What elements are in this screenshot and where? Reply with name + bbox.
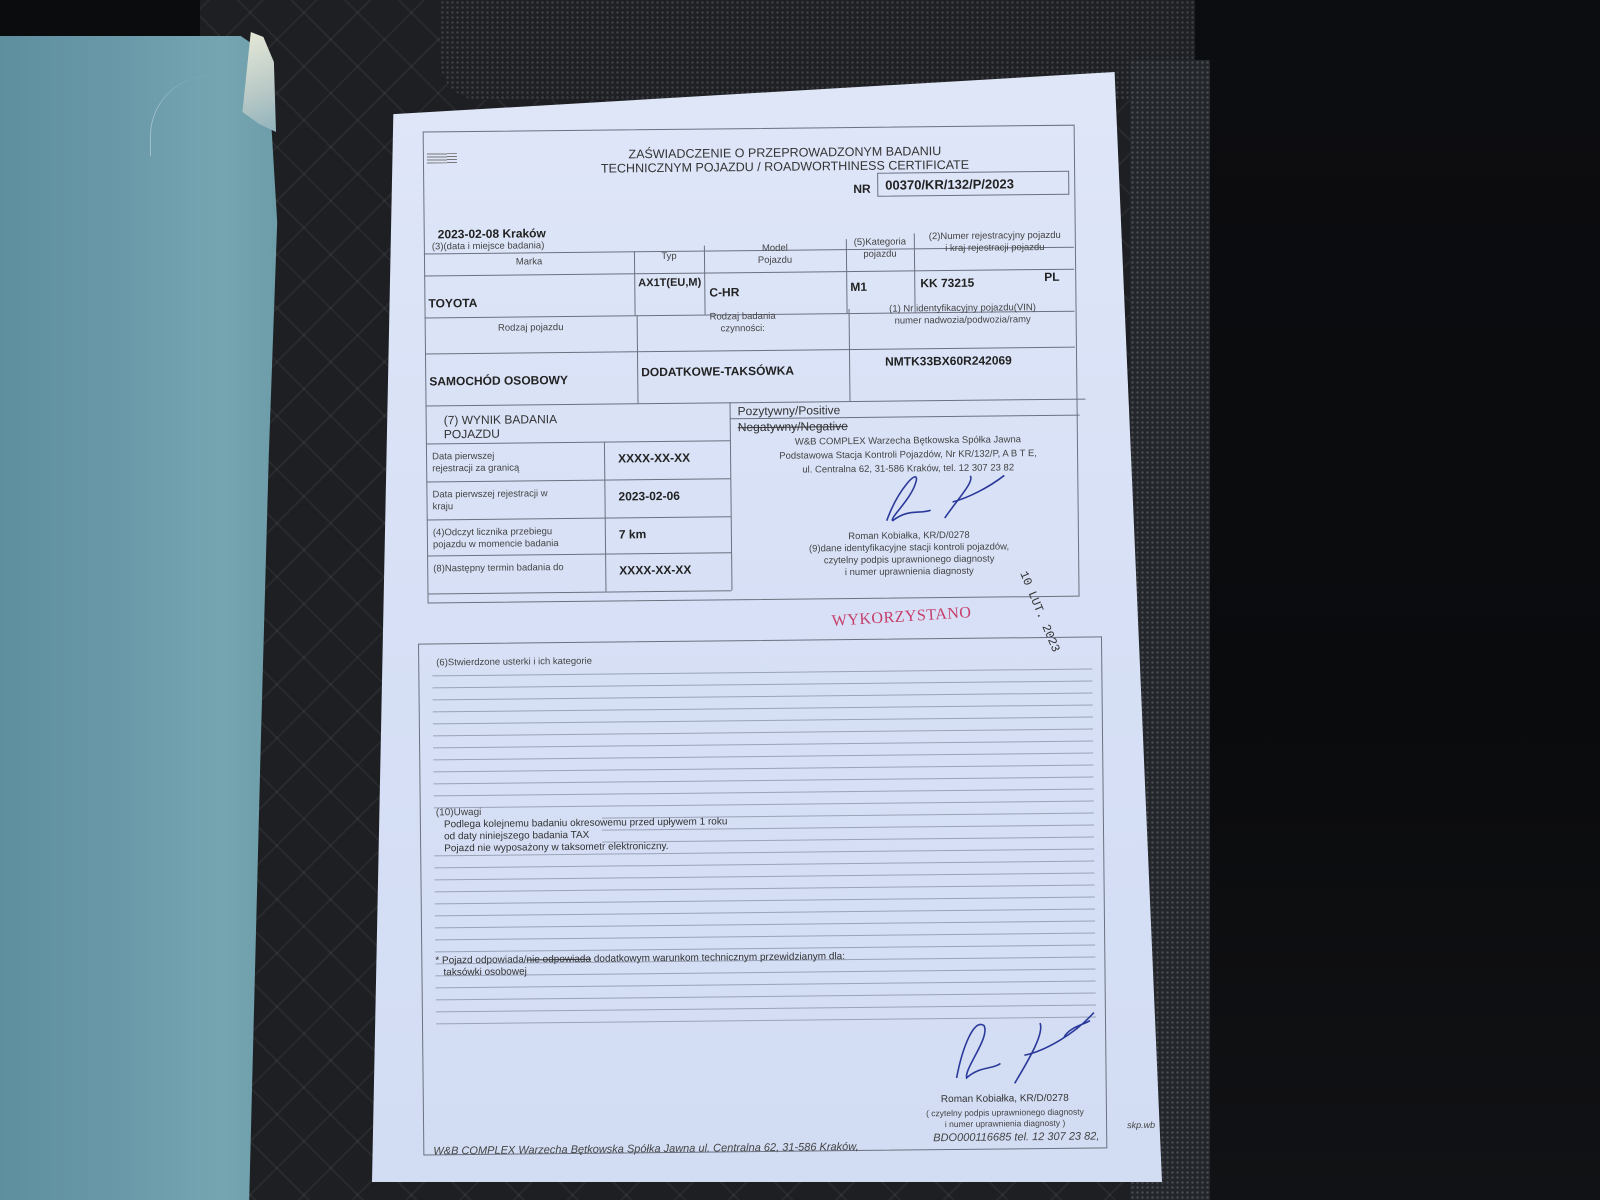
value-typ: AX1T(EU,M) [638, 277, 701, 290]
detail-value: 7 km [619, 527, 647, 541]
signature-caption: ( czytelny podpis uprawnionego diagnosty… [885, 1106, 1125, 1131]
detail-label: (4)Odczyt licznika przebiegu pojazdu w m… [433, 526, 603, 552]
result-negative-struck: Negatywny/Negative [738, 419, 848, 434]
detail-value: XXXX-XX-XX [619, 563, 691, 578]
compliance-statement: * Pojazd odpowiada/nie odpowiada dodatko… [435, 951, 845, 979]
result-label: (7) WYNIK BADANIA POJAZDU [444, 412, 558, 441]
detail-label: Data pierwszej rejestracji za granicą [432, 450, 602, 476]
defects-label: (6)Stwierdzone usterki i ich kategorie [436, 656, 592, 670]
remarks-list: Podlega kolejnemu badaniu okresowemu prz… [444, 816, 728, 855]
value-marka: TOYOTA [428, 296, 477, 311]
value-rodzaj-pojazdu: SAMOCHÓD OSOBOWY [429, 373, 568, 388]
header-marka: Marka [426, 255, 632, 269]
certificate-document: ZAŚWIADCZENIE O PRZEPROWADZONYM BADANIU … [0, 0, 1600, 1200]
value-rodzaj-badania: DODATKOWE-TAKSÓWKA [641, 364, 794, 380]
header-model: Model Pojazdu [706, 242, 844, 267]
inspection-date-place: 2023-02-08 Kraków [438, 226, 546, 241]
diagnostician-signature-bottom [944, 1006, 1105, 1088]
used-stamp: WYKORZYSTANO [831, 604, 972, 631]
nr-label: NR [853, 182, 870, 196]
footer-web: skp.wb [1127, 1120, 1155, 1130]
detail-label: Data pierwszej rejestracji w kraju [432, 488, 602, 514]
result-positive: Pozytywny/Positive [738, 403, 841, 418]
diagnostician-signature-top [878, 467, 1019, 528]
value-vin: NMTK33BX60R242069 [885, 353, 1012, 368]
footer-bdo: BDO000116685 tel. 12 307 23 82, [933, 1130, 1099, 1144]
header-rodzaj-pojazdu: Rodzaj pojazdu [427, 321, 635, 335]
remarks-label: (10)Uwagi [436, 807, 482, 818]
header-vin: (1) Nr identyfikacyjny pojazdu(VIN) nume… [850, 302, 1074, 328]
header-rodzaj-badania: Rodzaj badania czynności: [639, 310, 847, 336]
detail-value: 2023-02-06 [618, 489, 680, 504]
header-typ: Typ [636, 251, 702, 264]
detail-value: XXXX-XX-XX [618, 451, 690, 466]
form-code-mark [427, 153, 457, 163]
value-kategoria: M1 [850, 280, 867, 294]
value-model: C-HR [709, 285, 739, 299]
certificate-number: 00370/KR/132/P/2023 [885, 176, 1014, 192]
header-nr-rejestracyjny: (2)Numer rejestracyjny pojazdu i kraj re… [916, 230, 1074, 256]
header-kategoria: (5)Kategoria pojazdu [848, 236, 912, 261]
value-nr-rejestracyjny: KK 73215 [920, 276, 974, 291]
value-kraj: PL [1044, 270, 1059, 284]
detail-label: (8)Następny termin badania do [433, 562, 603, 576]
